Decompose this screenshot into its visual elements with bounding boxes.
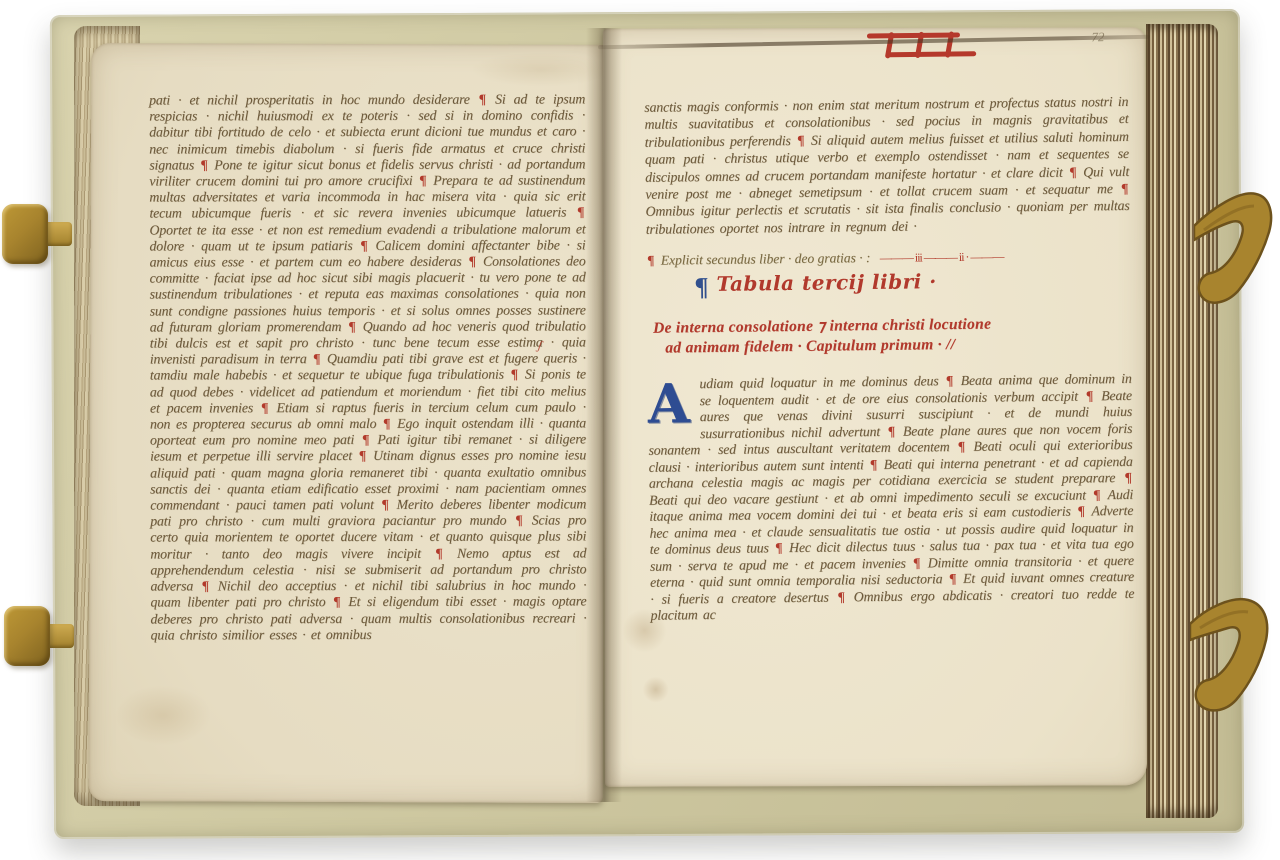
- line-filler-flourish: ——— iii ——— ii · ———: [880, 249, 1004, 265]
- rubric-pilcrow-icon: ¶: [646, 253, 655, 268]
- right-page-continuation-text: sanctis magis conformis · non enim stat …: [644, 93, 1130, 238]
- clasp-toggle-bottom: [4, 606, 50, 666]
- clasp-toggle-top: [2, 204, 48, 264]
- clasp-stem-bottom: [46, 624, 74, 648]
- tabula-heading-text: Tabula tercij libri ·: [716, 269, 936, 296]
- manuscript-photo: pati · et nichil prosperitatis in hoc mu…: [0, 0, 1280, 860]
- leather-strap-top-icon: [1194, 186, 1280, 316]
- incipit-text: udiam quid loquatur in me dominus deus ¶…: [648, 371, 1134, 623]
- blue-pilcrow-icon: ¶: [694, 272, 712, 301]
- leather-strap-bottom-icon: [1190, 590, 1278, 722]
- chapter-incipit: Audiam quid loquatur in me dominus deus …: [648, 371, 1135, 624]
- book-number-roman-iii-icon: III: [861, 29, 979, 65]
- tabula-heading: ¶ Tabula tercij libri ·: [694, 269, 937, 302]
- illuminated-initial: A: [648, 379, 690, 429]
- chapter-heading-line2: ad animam fidelem · Capitulum primum · /…: [665, 335, 955, 359]
- explicit-text: Explicit secundus liber · deo gratias · …: [659, 250, 877, 268]
- book-number-roman-text: III: [979, 29, 980, 30]
- left-page: pati · et nichil prosperitatis in hoc mu…: [89, 43, 606, 803]
- explicit-line: ¶ Explicit secundus liber · deo gratias …: [646, 247, 1136, 269]
- right-page: III 72 sanctis magis conformis · non eni…: [603, 27, 1147, 786]
- clasp-stem-top: [44, 222, 72, 246]
- left-page-text: pati · et nichil prosperitatis in hoc mu…: [149, 91, 586, 643]
